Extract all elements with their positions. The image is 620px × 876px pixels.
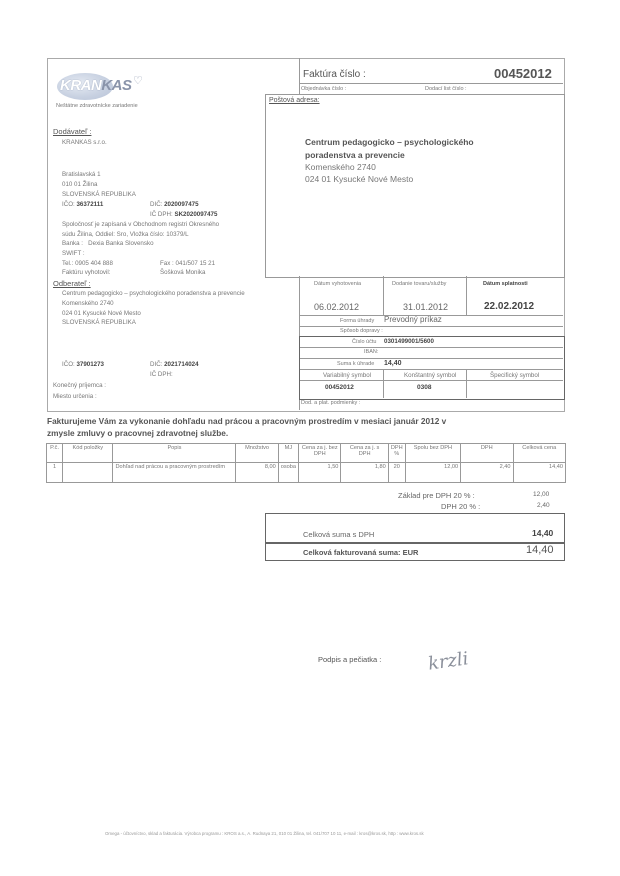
column-header: MJ — [278, 444, 298, 463]
amount-due: 14,40 — [384, 360, 402, 367]
customer-country: SLOVENSKÁ REPUBLIKA — [62, 319, 136, 326]
due-date-label: Dátum splatnosti — [483, 281, 528, 287]
rule — [300, 358, 563, 359]
cell-total: 14,40 — [513, 463, 566, 483]
issued-by: Šošková Monika — [160, 269, 205, 276]
items-header-row: P.č.Kód položkyPopisMnožstvoMJCena za j.… — [47, 444, 566, 463]
iban-label: IBAN: — [364, 349, 378, 355]
supplier-register-line2: súdu Žilina, Oddiel: Sro, Vložka číslo: … — [62, 231, 189, 238]
table-row: 1Dohľad nad prácou a pracovným prostredí… — [47, 463, 566, 483]
customer-name: Centrum pedagogicko – psychologického po… — [62, 290, 245, 297]
rule — [300, 380, 563, 381]
customer-dic: DIČ: 2021714024 — [150, 361, 199, 368]
delivery-date: 31.01.2012 — [403, 302, 448, 312]
header-rule — [299, 83, 563, 84]
final-recipient-label: Konečný príjemca : — [53, 382, 106, 389]
issued-by-label: Faktúru vyhotovil: — [62, 269, 111, 276]
sym-divider-1 — [383, 369, 384, 398]
specific-symbol-label: Špecifický symbol — [490, 372, 539, 379]
issue-date: 06.02.2012 — [314, 302, 359, 312]
invoice-number: 00452012 — [494, 66, 552, 81]
cell-unit-price-vat: 1,80 — [341, 463, 388, 483]
due-date: 22.02.2012 — [484, 301, 534, 312]
supplier-city: 010 01 Žilina — [62, 181, 97, 188]
postal-address-box — [265, 94, 565, 278]
account-label: Číslo účtu — [352, 339, 376, 345]
cell-no: 1 — [47, 463, 63, 483]
issue-date-label: Dátum vyhotovenia — [314, 281, 361, 287]
customer-city: 024 01 Kysucké Nové Mesto — [62, 310, 141, 317]
grand-total-label: Celková fakturovaná suma: EUR — [303, 548, 418, 557]
customer-street: Komenského 2740 — [62, 300, 114, 307]
supplier-register-line1: Spoločnosť je zapísaná v Obchodnom regis… — [62, 221, 219, 228]
column-header: Množstvo — [236, 444, 278, 463]
logo: KRANKAS — [60, 77, 132, 94]
supplier-swift: SWIFT : — [62, 250, 85, 257]
cell-vat-pct: 20 — [388, 463, 405, 483]
column-header: Spolu bez DPH — [405, 444, 460, 463]
vat-base-label: Základ pre DPH 20 % : — [398, 491, 475, 500]
supplier-dic: DIČ: 2020097475 — [150, 201, 199, 208]
amount-label: Suma k úhrade — [337, 361, 374, 367]
supplier-country: SLOVENSKÁ REPUBLIKA — [62, 191, 136, 198]
rule — [299, 326, 563, 327]
column-header: DPH — [461, 444, 513, 463]
header-divider — [299, 58, 300, 95]
signature-label: Podpis a pečiatka : — [318, 655, 381, 664]
column-header: P.č. — [47, 444, 63, 463]
cell-unit: osoba — [278, 463, 298, 483]
constant-symbol: 0308 — [417, 384, 431, 391]
vat-label: DPH 20 % : — [441, 502, 480, 511]
customer-label: Odberateľ : — [53, 279, 91, 288]
rule — [300, 369, 563, 370]
column-header: Popis — [113, 444, 236, 463]
variable-symbol-label: Variabilný symbol — [323, 372, 371, 379]
order-number-label: Objednávka číslo : — [301, 86, 346, 92]
transport-label: Spôsob dopravy : — [340, 328, 383, 334]
logo-tagline: Neštátne zdravotnícke zariadenie — [56, 103, 138, 109]
cell-qty: 8,00 — [236, 463, 278, 483]
column-header: Cena za j. bez DPH — [299, 444, 341, 463]
supplier-icdph: IČ DPH: SK2020097475 — [150, 211, 217, 218]
payment-method-label: Forma úhrady — [340, 318, 374, 324]
delivery-date-label: Dodanie tovaru/služby — [392, 281, 446, 287]
signature-scribble: krzli — [427, 648, 470, 674]
items-table: P.č.Kód položkyPopisMnožstvoMJCena za j.… — [46, 443, 566, 483]
cell-unit-price: 1,50 — [299, 463, 341, 483]
postal-street: Komenského 2740 — [305, 162, 376, 172]
variable-symbol: 00452012 — [325, 384, 354, 391]
supplier-fax: Fax : 041/507 15 21 — [160, 260, 215, 267]
grand-total-value: 14,40 — [526, 544, 554, 556]
cell-vat: 2,40 — [461, 463, 513, 483]
sym-divider-2 — [466, 369, 467, 398]
delivery-note-label: Dodací list číslo : — [425, 86, 467, 92]
vat-value: 2,40 — [537, 502, 550, 509]
total-vat-label: Celková suma s DPH — [303, 530, 374, 539]
column-header: Cena za j. s DPH — [341, 444, 388, 463]
rule — [300, 347, 563, 348]
postal-address-label: Poštová adresa: — [269, 97, 320, 104]
postal-name-line1: Centrum pedagogicko – psychologického — [305, 137, 474, 147]
constant-symbol-label: Konštantný symbol — [404, 372, 456, 379]
date-divider-1 — [383, 276, 384, 316]
footer-text: Omega - účtovníctvo, sklad a fakturácia.… — [105, 831, 424, 836]
intro-line1: Fakturujeme Vám za vykonanie dohľadu nad… — [47, 416, 446, 426]
supplier-tel: Tel.: 0905 404 888 — [62, 260, 113, 267]
date-divider-2 — [466, 276, 467, 316]
customer-ico: IČO: 37901273 — [62, 361, 104, 368]
cell-code — [63, 463, 113, 483]
supplier-street: Bratislavská 1 — [62, 171, 101, 178]
terms-label: Dod. a plat. podmienky : — [301, 400, 360, 406]
invoice-title: Faktúra číslo : — [303, 69, 366, 80]
supplier-ico: IČO: 36372111 — [62, 201, 103, 208]
account-number: 0301499001/5600 — [384, 338, 434, 345]
cell-desc: Dohľad nad prácou a pracovným prostredím — [113, 463, 236, 483]
column-header: Celková cena — [513, 444, 566, 463]
postal-name-line2: poradenstva a prevencie — [305, 150, 405, 160]
supplier-label: Dodávateľ : — [53, 127, 91, 136]
customer-icdph: IČ DPH: — [150, 371, 173, 378]
vat-base-value: 12,00 — [533, 491, 549, 498]
total-vat-value: 14,40 — [532, 528, 553, 538]
cell-total-net: 12,00 — [405, 463, 460, 483]
supplier-bank: Banka : Dexia Banka Slovensko — [62, 240, 154, 247]
payment-method: Prevodný príkaz — [384, 315, 442, 324]
column-header: Kód položky — [63, 444, 113, 463]
column-header: DPH % — [388, 444, 405, 463]
intro-line2: zmysle zmluvy o pracovnej zdravotnej slu… — [47, 428, 228, 438]
destination-label: Miesto určenia : — [53, 393, 97, 400]
heart-icon: ♡ — [133, 74, 143, 87]
supplier-name: KRANKAS s.r.o. — [62, 139, 107, 146]
postal-city: 024 01 Kysucké Nové Mesto — [305, 174, 413, 184]
